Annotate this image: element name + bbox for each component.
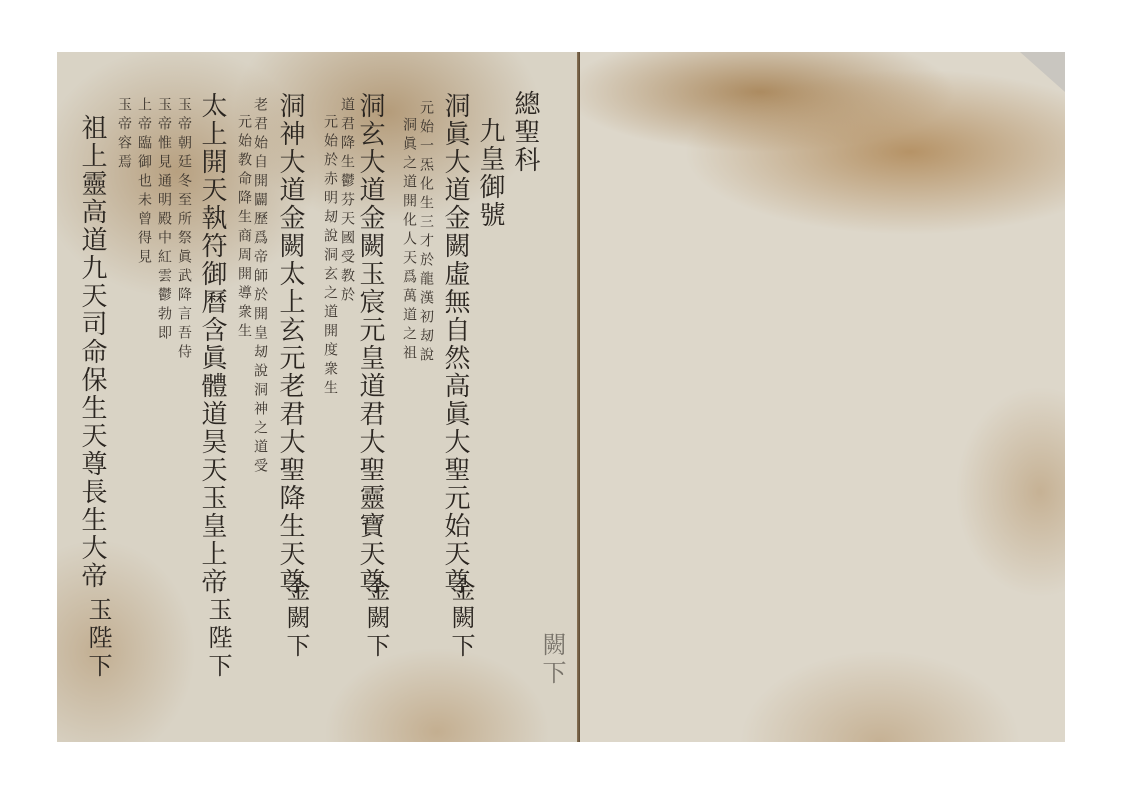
entry-4-main: 太上開天執符御曆含眞體道昊天玉皇上帝: [199, 92, 225, 596]
entry-4-note-mid: 玉帝惟見通明殿中紅雲鬱勃即: [157, 97, 171, 344]
entry-3-address: 金闕下: [279, 577, 314, 661]
entry-4-note-right: 玉帝朝廷冬至所祭眞武降言吾侍: [177, 97, 191, 363]
entry-2-address: 金闕下: [359, 577, 394, 661]
entry-4-note-left: 上帝臨御也未曾得見: [137, 97, 151, 268]
entry-3-note-right: 老君始自開闢歷爲帝師於開皇刼說洞神之道受: [253, 97, 267, 477]
entry-5-address: 玉陛下: [81, 597, 116, 681]
left-page: 總聖科 九皇御號 洞眞大道金闕虛無自然高眞大聖元始天尊 金闕下 元始一炁化生三才…: [57, 52, 582, 742]
title: 總聖科: [512, 90, 538, 174]
entry-3-main: 洞神大道金闕太上玄元老君大聖降生天尊: [277, 92, 303, 596]
entry-4-address: 玉陛下: [201, 597, 236, 681]
subtitle: 九皇御號: [477, 117, 503, 229]
entry-1-note-right: 元始一炁化生三才於龍漢初刼說: [419, 100, 433, 366]
entry-2-main: 洞玄大道金闕玉宸元皇道君大聖靈寶天尊: [357, 92, 383, 596]
entry-5-main: 祖上靈高道九天司命保生天尊長生大帝: [79, 114, 105, 590]
entry-2-note-left: 元始於赤明刼說洞玄之道開度衆生: [323, 114, 337, 399]
bleed-through-text: 闕下: [535, 632, 570, 688]
entry-1-note-left: 洞眞之道開化人天爲萬道之祖: [402, 117, 416, 364]
entry-1-main: 洞眞大道金闕虛無自然高眞大聖元始天尊: [442, 92, 468, 596]
entry-5-note: 玉帝容焉: [117, 97, 131, 173]
entry-2-note-right: 道君降生鬱芬天國受教於: [340, 97, 354, 306]
entry-3-note-left: 元始教命降生商周開導衆生: [237, 114, 251, 342]
entry-1-address: 金闕下: [444, 577, 479, 661]
right-page-blank: [580, 52, 1065, 742]
manuscript-photo: 總聖科 九皇御號 洞眞大道金闕虛無自然高眞大聖元始天尊 金闕下 元始一炁化生三才…: [57, 52, 1065, 742]
